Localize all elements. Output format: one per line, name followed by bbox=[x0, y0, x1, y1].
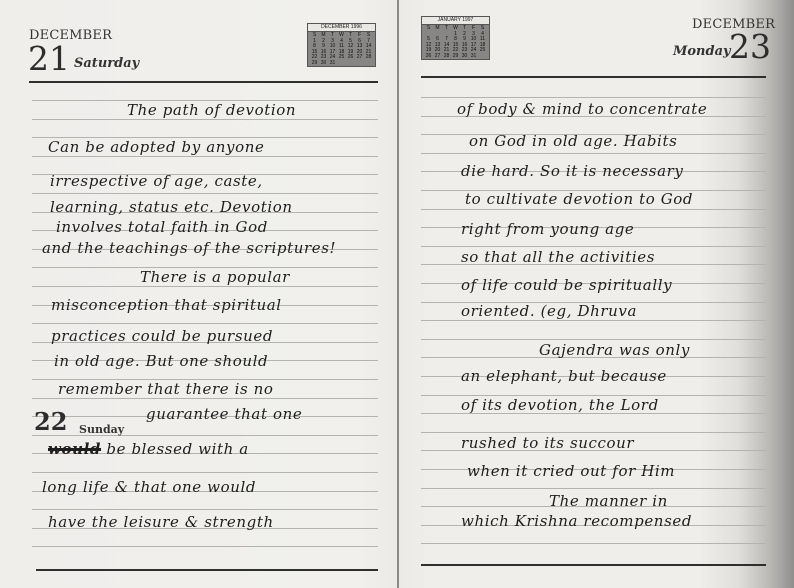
mini-calendar-grid: SMTWTFS123456789101112131415161718192021… bbox=[308, 32, 375, 68]
handwriting-line: misconception that spiritual bbox=[51, 296, 282, 314]
handwriting-line: involves total faith in God bbox=[56, 218, 268, 236]
calendar-day: 29 bbox=[310, 61, 319, 67]
handwriting-line: The manner in bbox=[549, 492, 668, 510]
calendar-day: 30 bbox=[460, 54, 469, 60]
day-number-22: 22 bbox=[34, 410, 67, 434]
handwriting-line-rest: be blessed with a bbox=[106, 440, 248, 458]
handwriting-line: irrespective of age, caste, bbox=[50, 172, 263, 190]
struck-word: would bbox=[48, 440, 101, 458]
calendar-day: 28 bbox=[442, 54, 451, 60]
ruled-line bbox=[421, 543, 766, 544]
handwriting-line: so that all the activities bbox=[461, 248, 655, 266]
handwriting-line: right from young age bbox=[461, 220, 634, 238]
handwriting-line: oriented. (eg, Dhruva bbox=[461, 302, 637, 320]
header-rule bbox=[421, 76, 766, 78]
ruled-line bbox=[421, 488, 766, 489]
ruled-line bbox=[421, 209, 766, 210]
handwriting-line: rushed to its succour bbox=[461, 434, 634, 452]
handwriting-line: which Krishna recompensed bbox=[461, 512, 692, 530]
day-name: Monday bbox=[673, 44, 731, 59]
day-name-sunday: Sunday bbox=[79, 423, 124, 436]
calendar-day: 31 bbox=[328, 61, 337, 67]
handwriting-line: in old age. But one should bbox=[54, 352, 268, 370]
handwriting-line: of life could be spiritually bbox=[461, 276, 672, 294]
calendar-day: 29 bbox=[451, 54, 460, 60]
day-number: 21 bbox=[28, 42, 70, 75]
header-rule bbox=[29, 81, 378, 83]
handwriting-line: Gajendra was only bbox=[539, 341, 690, 359]
handwriting-line: practices could be pursued bbox=[51, 327, 273, 345]
ruled-line bbox=[32, 323, 378, 324]
mini-calendar-january-1997: JANUARY 1997 SMTWTFS12345678910111213141… bbox=[421, 16, 490, 60]
calendar-day bbox=[337, 61, 346, 67]
ruled-line bbox=[421, 339, 766, 340]
ruled-line bbox=[32, 546, 378, 547]
ruled-line bbox=[32, 472, 378, 473]
handwriting-line: remember that there is no bbox=[58, 380, 274, 398]
handwriting-line: an elephant, but because bbox=[461, 367, 667, 385]
handwriting-line: There is a popular bbox=[140, 268, 290, 286]
day-name: Saturday bbox=[74, 56, 139, 71]
handwriting-line: long life & that one would bbox=[42, 478, 256, 496]
ruled-line bbox=[32, 286, 378, 287]
calendar-day: 26 bbox=[424, 54, 433, 60]
ruled-line bbox=[421, 246, 766, 247]
left-page: DECEMBER 21 Saturday DECEMBER 1996 SMTWT… bbox=[0, 0, 397, 588]
handwriting-line: on God in old age. Habits bbox=[469, 132, 677, 150]
calendar-day: 31 bbox=[469, 54, 478, 60]
ruled-line bbox=[421, 97, 766, 98]
handwriting-line: have the leisure & strength bbox=[48, 513, 274, 531]
footer-rule bbox=[421, 564, 766, 566]
handwriting-line: would be blessed with a bbox=[48, 440, 249, 458]
ruled-line bbox=[421, 320, 766, 321]
handwriting-line: when it cried out for Him bbox=[467, 462, 675, 480]
mini-calendar-grid: SMTWTFS123456789101112131415161718192021… bbox=[422, 25, 489, 61]
mini-calendar-title: JANUARY 1997 bbox=[422, 17, 489, 25]
calendar-day bbox=[355, 61, 364, 67]
ruled-line bbox=[32, 193, 378, 194]
mini-calendar-title: DECEMBER 1996 bbox=[308, 24, 375, 32]
handwriting-line: The path of devotion bbox=[127, 101, 296, 119]
handwriting-line: die hard. So it is necessary bbox=[461, 162, 684, 180]
right-page: JANUARY 1997 SMTWTFS12345678910111213141… bbox=[399, 0, 794, 588]
ruled-line bbox=[421, 153, 766, 154]
calendar-day: 27 bbox=[433, 54, 442, 60]
calendar-day bbox=[364, 61, 373, 67]
ruled-line bbox=[32, 509, 378, 510]
handwriting-line: guarantee that one bbox=[146, 405, 302, 423]
handwriting-line: of its devotion, the Lord bbox=[461, 396, 659, 414]
handwriting-line: learning, status etc. Devotion bbox=[50, 198, 293, 216]
calendar-day bbox=[346, 61, 355, 67]
mini-calendar-december-1996: DECEMBER 1996 SMTWTFS1234567891011121314… bbox=[307, 23, 376, 67]
calendar-day bbox=[478, 54, 487, 60]
day-number: 23 bbox=[729, 30, 771, 63]
handwriting-line: Can be adopted by anyone bbox=[48, 138, 264, 156]
handwriting-line: to cultivate devotion to God bbox=[465, 190, 693, 208]
calendar-day: 30 bbox=[319, 61, 328, 67]
handwriting-line: and the teachings of the scriptures! bbox=[42, 239, 336, 257]
footer-rule bbox=[36, 569, 378, 571]
handwriting-line: of body & mind to concentrate bbox=[457, 100, 707, 118]
ruled-line bbox=[421, 432, 766, 433]
